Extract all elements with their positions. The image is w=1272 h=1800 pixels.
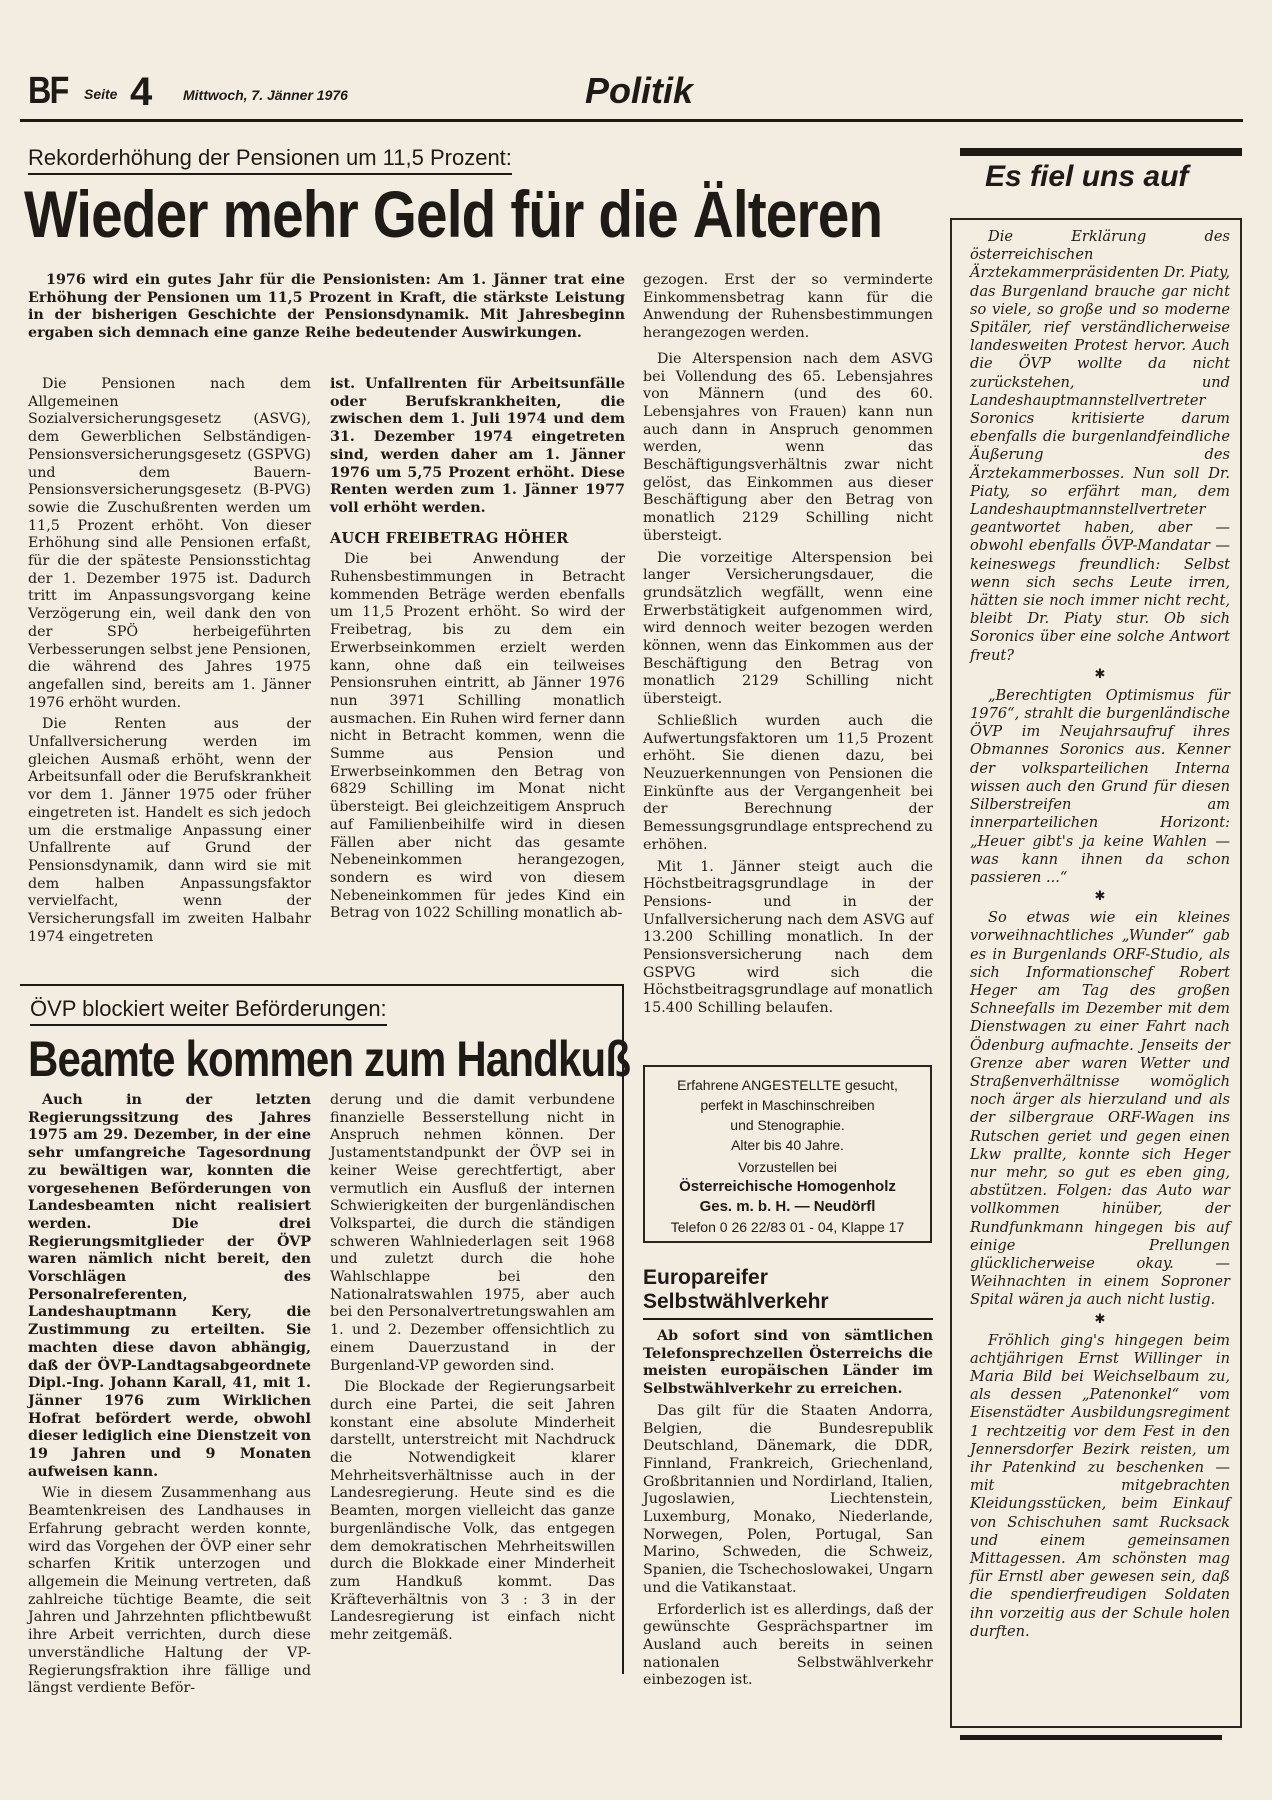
oevp-article-column-1: Auch in der letzten Regierungssitzung de… xyxy=(28,1092,311,1698)
ad-company-form: Ges. m. b. H. — Neudörfl xyxy=(645,1197,930,1217)
aside-title: Es fiel uns auf xyxy=(985,160,1188,194)
paragraph: Die Blockade der Regierungsarbeit durch … xyxy=(330,1379,615,1645)
ad-company: Österreichische Homogenholz xyxy=(645,1177,930,1197)
paragraph: derung und die damit verbundene finanzie… xyxy=(330,1092,615,1375)
separator-star-icon: ✱ xyxy=(970,1312,1230,1328)
ad-line: und Stenographie. xyxy=(645,1115,930,1135)
separator-star-icon: ✱ xyxy=(970,667,1230,683)
masthead-rule xyxy=(20,119,1243,122)
aside-paragraph: So etwas wie ein kleines vorweihnachtlic… xyxy=(970,909,1230,1309)
paragraph: ist. Unfallrenten für Arbeitsunfälle ode… xyxy=(330,376,625,518)
ad-line: perfekt in Maschinschreiben xyxy=(645,1095,930,1115)
ad-line: Erfahrene ANGESTELLTE gesucht, xyxy=(645,1075,930,1095)
paragraph: Erforderlich ist es allerdings, daß der … xyxy=(643,1602,933,1691)
oevp-article-column-2: derung und die damit verbundene finanzie… xyxy=(330,1092,615,1645)
europa-article-body: Ab sofort sind von sämtlichen Telefonspr… xyxy=(643,1328,933,1690)
main-article-column-2: ist. Unfallrenten für Arbeitsunfälle ode… xyxy=(330,376,625,923)
lead-paragraph: Auch in der letzten Regierungssitzung de… xyxy=(28,1092,311,1481)
paper-logo: BF xyxy=(28,70,68,113)
paragraph: Die Renten aus der Unfallversicherung we… xyxy=(28,716,311,946)
main-article-headline: Wieder mehr Geld für die Älteren xyxy=(24,176,882,252)
paragraph: Mit 1. Jänner steigt auch die Höchstbeit… xyxy=(643,859,933,1018)
separator-star-icon: ✱ xyxy=(970,889,1230,905)
paragraph: Die Pensionen nach dem Allgemeinen Sozia… xyxy=(28,376,311,712)
europa-headline-rule xyxy=(643,1318,933,1320)
ad-phone: Telefon 0 26 22/83 01 - 04, Klappe 17 xyxy=(645,1217,930,1237)
ad-line: Vorzustellen bei xyxy=(645,1157,930,1177)
section-title: Politik xyxy=(585,70,693,112)
aside-bottom-bar xyxy=(960,1735,1222,1740)
aside-paragraph: Fröhlich ging's hingegen beim achtjährig… xyxy=(970,1332,1230,1641)
main-article-column-3: gezogen. Erst der so verminderte Einkomm… xyxy=(643,272,933,1018)
main-article-column-1: Die Pensionen nach dem Allgemeinen Sozia… xyxy=(28,376,311,947)
aside-top-bar xyxy=(960,148,1242,156)
aside-paragraph: Die Erklärung des österreichischen Ärzte… xyxy=(970,228,1230,665)
page-label: Seite xyxy=(84,86,117,102)
ad-line: Alter bis 40 Jahre. xyxy=(645,1135,930,1155)
subheading: AUCH FREIBETRAG HÖHER xyxy=(330,530,625,548)
aside-paragraph: „Berechtigten Optimismus für 1976“, stra… xyxy=(970,687,1230,887)
page-number: 4 xyxy=(130,70,152,115)
oevp-box-top-rule xyxy=(20,984,624,986)
lead-paragraph: Ab sofort sind von sämtlichen Telefonspr… xyxy=(643,1328,933,1399)
oevp-article-headline: Beamte kommen zum Handkuß xyxy=(28,1030,630,1088)
paragraph: Schließlich wurden auch die Aufwertungsf… xyxy=(643,713,933,855)
headline-line-1: Europareifer xyxy=(643,1266,829,1290)
aside-body: Die Erklärung des österreichischen Ärzte… xyxy=(970,228,1230,1641)
paragraph: Die vorzeitige Alterspension bei langer … xyxy=(643,550,933,709)
paragraph: Das gilt für die Staaten Andorra, Belgie… xyxy=(643,1403,933,1598)
issue-date: Mittwoch, 7. Jänner 1976 xyxy=(183,87,348,103)
europa-article-headline: Europareifer Selbstwählverkehr xyxy=(643,1266,829,1314)
paragraph: Die bei Anwendung der Ruhensbestimmungen… xyxy=(330,551,625,923)
job-advertisement: Erfahrene ANGESTELLTE gesucht, perfekt i… xyxy=(643,1065,932,1243)
main-article-lead: 1976 wird ein gutes Jahr für die Pension… xyxy=(28,272,625,343)
paragraph: Die Alterspension nach dem ASVG bei Voll… xyxy=(643,351,933,546)
paragraph: gezogen. Erst der so verminderte Einkomm… xyxy=(643,272,933,343)
oevp-article-kicker: ÖVP blockiert weiter Beförderungen: xyxy=(30,996,387,1026)
paragraph: Wie in diesem Zusammenhang aus Beamtenkr… xyxy=(28,1485,311,1697)
main-article-kicker: Rekorderhöhung der Pensionen um 11,5 Pro… xyxy=(28,145,512,175)
headline-line-2: Selbstwählverkehr xyxy=(643,1290,829,1314)
